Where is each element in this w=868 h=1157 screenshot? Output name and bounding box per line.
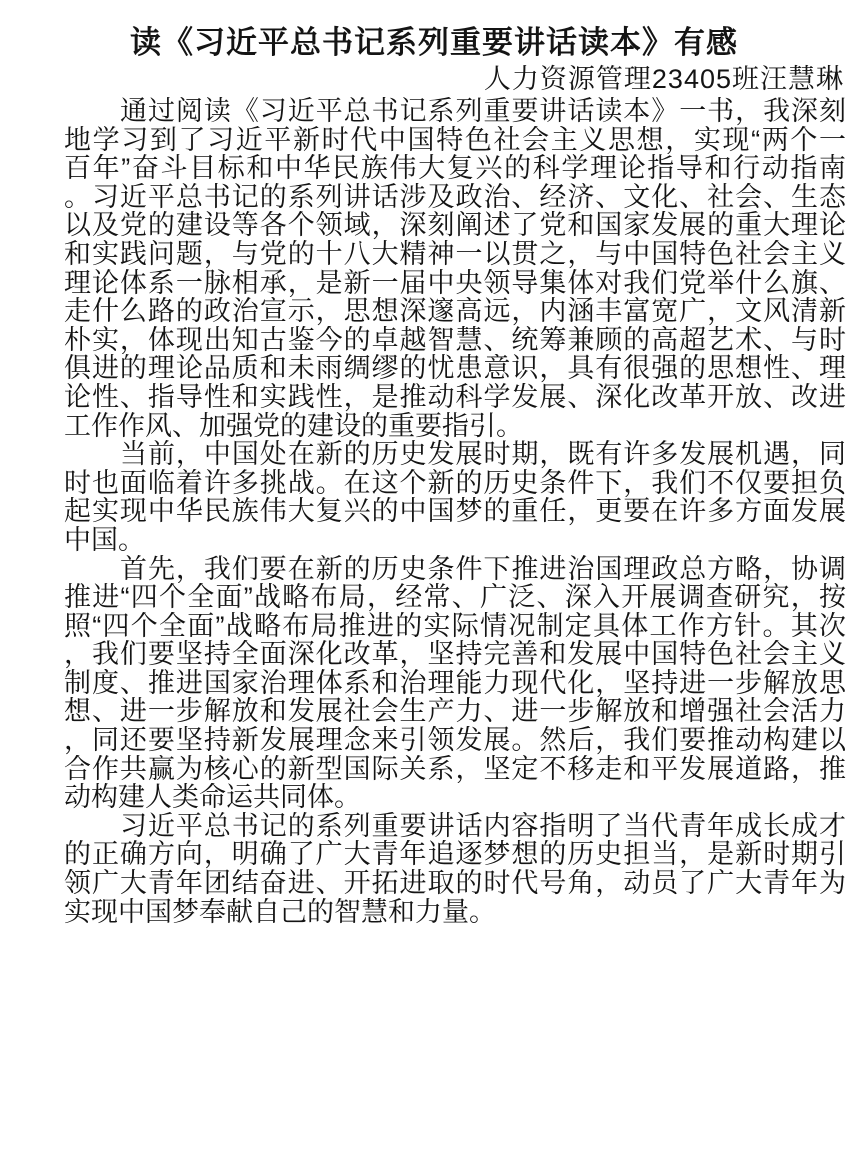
- text-line: 地学习到了习近平新时代中国特色社会主义思想，实现“两个一: [64, 126, 846, 155]
- text-line: 实现中国梦奉献自己的智慧和力量。: [64, 898, 846, 927]
- text-line: 。习近平总书记的系列讲话涉及政治、经济、文化、社会、生态: [64, 183, 846, 212]
- text-line: 领广大青年团结奋进、开拓进取的时代号角，动员了广大青年为: [64, 869, 846, 898]
- text-line: 百年”奋斗目标和中华民族伟大复兴的科学理论指导和行动指南: [64, 154, 846, 183]
- text-line: ，我们要坚持全面深化改革，坚持完善和发展中国特色社会主义: [64, 640, 846, 669]
- text-line: 朴实，体现出知古鉴今的卓越智慧、统筹兼顾的高超艺术、与时: [64, 326, 846, 355]
- text-line: 理论体系一脉相承，是新一届中央领导集体对我们党举什么旗、: [64, 269, 846, 298]
- text-line: 制度、推进国家治理体系和治理能力现代化，坚持进一步解放思: [64, 669, 846, 698]
- text-line: 推进“四个全面”战略布局，经常、广泛、深入开展调查研究，按: [64, 583, 846, 612]
- text-line: ，同还要坚持新发展理念来引领发展。然后，我们要推动构建以: [64, 726, 846, 755]
- text-line: 俱进的理论品质和未雨绸缪的忧患意识，具有很强的思想性、理: [64, 354, 846, 383]
- text-line: 以及党的建设等各个领域，深刻阐述了党和国家发展的重大理论: [64, 211, 846, 240]
- document-body: 通过阅读《习近平总书记系列重要讲话读本》一书，我深刻地学习到了习近平新时代中国特…: [0, 96, 868, 926]
- text-line: 习近平总书记的系列重要讲话内容指明了当代青年成长成才: [64, 812, 846, 841]
- text-line: 走什么路的政治宣示，思想深邃高远，内涵丰富宽广，文风清新: [64, 297, 846, 326]
- text-line: 工作作风、加强党的建设的重要指引。: [64, 412, 846, 441]
- paragraph: 习近平总书记的系列重要讲话内容指明了当代青年成长成才的正确方向，明确了广大青年追…: [64, 812, 846, 926]
- text-line: 中国。: [64, 526, 846, 555]
- text-line: 起实现中华民族伟大复兴的中国梦的重任，更要在许多方面发展: [64, 497, 846, 526]
- paragraph: 首先，我们要在新的历史条件下推进治国理政总方略，协调推进“四个全面”战略布局，经…: [64, 555, 846, 812]
- text-line: 合作共赢为核心的新型国际关系，坚定不移走和平发展道路，推: [64, 755, 846, 784]
- text-line: 当前，中国处在新的历史发展时期，既有许多发展机遇，同: [64, 440, 846, 469]
- text-line: 和实践问题，与党的十八大精神一以贯之，与中国特色社会主义: [64, 240, 846, 269]
- document-title: 读《习近平总书记系列重要讲话读本》有感: [0, 24, 868, 62]
- paragraph: 当前，中国处在新的历史发展时期，既有许多发展机遇，同时也面临着许多挑战。在这个新…: [64, 440, 846, 554]
- text-line: 的正确方向，明确了广大青年追逐梦想的历史担当，是新时期引: [64, 840, 846, 869]
- text-line: 想、进一步解放和发展社会生产力、进一步解放和增强社会活力: [64, 697, 846, 726]
- paragraph: 通过阅读《习近平总书记系列重要讲话读本》一书，我深刻地学习到了习近平新时代中国特…: [64, 97, 846, 440]
- text-line: 照“四个全面”战略布局推进的实际情况制定具体工作方针。其次: [64, 612, 846, 641]
- text-line: 时也面临着许多挑战。在这个新的历史条件下，我们不仅要担负: [64, 469, 846, 498]
- byline-author: 人力资源管理23405班汪慧琳: [0, 62, 868, 96]
- text-line: 首先，我们要在新的历史条件下推进治国理政总方略，协调: [64, 555, 846, 584]
- text-line: 通过阅读《习近平总书记系列重要讲话读本》一书，我深刻: [64, 97, 846, 126]
- text-line: 论性、指导性和实践性，是推动科学发展、深化改革开放、改进: [64, 383, 846, 412]
- document-page: 读《习近平总书记系列重要讲话读本》有感 人力资源管理23405班汪慧琳 通过阅读…: [0, 0, 868, 1157]
- text-line: 动构建人类命运共同体。: [64, 783, 846, 812]
